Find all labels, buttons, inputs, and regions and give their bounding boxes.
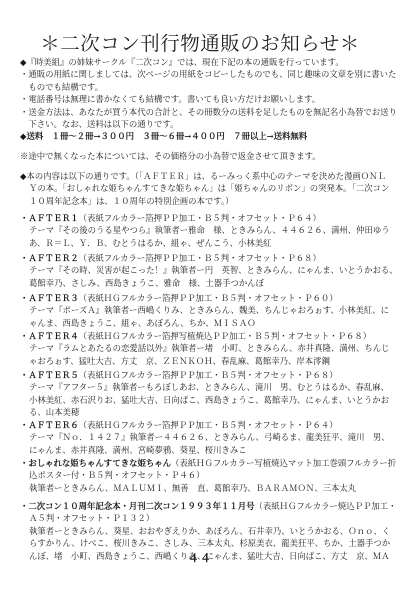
item-spec: （表紙ＨＧフルカラー箔押ＰＰ加工・Ｂ５判・オフセット・Ｐ６０） <box>79 293 338 303</box>
item-desc: 執筆者ーときみらん、ＭＡＬＵＭＩ、無善 直、葛館幸乃、ＢＡＲＡＭＯＮ、三本太丸 <box>20 482 365 494</box>
item-spec: （表紙ＨＧフルカラー焼込ＰＰ加工・ <box>255 501 397 511</box>
intro-line: ものでも結構です。 <box>20 81 365 93</box>
item-title: ・二次コン１０周年記念本・月刊二次コン１９９３年１１月号 <box>20 501 255 511</box>
contents-intro-line: １０周年記念本」は、１０周年の特別企画の本です。） <box>20 195 365 207</box>
item-desc: テーマ『ラムとあたるの恋愛話以外』執筆者ー堵 小町、ときみらん、赤井真隆、満州、… <box>20 342 365 354</box>
intro-line: ◆『時美組』の姉妹サークル『二次コン』では、現在下記の本の通販を行っています。 <box>20 56 365 68</box>
item-desc: 葛館幸乃、さしみ、西島きょうこ、雅命 様、土器手つかんぼ <box>20 277 365 289</box>
intro-line: ・送金方法は、あなたが買う本代の合計と、その冊数分の送料を足したものを無記名小為… <box>20 106 365 118</box>
item-desc: テーマ『アフター５』執筆者ーもろぼしあお、ときみらん、滝川 男、むとうはるか、春… <box>20 381 365 393</box>
item-desc: テーマ『その後のうる星やつら』執筆者ー雅命 様、ときみらん、４４６２６、満州、仲… <box>20 224 365 236</box>
item-title: ・ＡＦＴＥＲ１ <box>20 213 79 223</box>
item-spec: （表紙フルカラー箔押ＰＰ加工・Ｂ５判・オフセット・Ｐ６８） <box>79 253 321 263</box>
item-spec: （表紙ＨＧフルカラー箔押ＰＰ加工・Ｂ５判・オフセット・Ｐ６４） <box>79 420 338 430</box>
item-desc: にゃんま、赤井真隆、満州、宮崎夢鴉、葵星、桜川きみこ <box>20 444 365 456</box>
item-desc: ゃんま、西島きょうこ、組ゃ、あぼろん、ちか、ＭＩＳＡＯ <box>20 317 365 329</box>
item-title: ・おしゃれな姫ちゃんすてきな姫ちゃん <box>20 458 171 468</box>
item-title: ・ＡＦＴＥＲ２ <box>20 253 79 263</box>
catalog-item: ・ＡＦＴＥＲ５（表紙ＨＧフルカラー箔押ＰＰ加工・Ｂ５判・オフセット・Ｐ６８） テ… <box>20 369 365 419</box>
item-desc: 小林美紅、赤石沢りお、猛吐大吉、日向ぱこ、西島きょうこ、葛館幸乃、にゃんま、いと… <box>20 394 365 406</box>
contents-intro: ◆本の内容は以下の通りです。（「ＡＦＴＥＲ」は、るーみっく系中心のテーマを決めた… <box>20 170 365 207</box>
item-spec: （表紙フルカラー箔押ＰＰ加工・Ｂ５判・オフセット・Ｐ６４） <box>79 213 321 223</box>
shipping-fees: ◆送料 １冊～２冊→３００円 ３冊～６冊→４００円 ７冊以上→送料無料 <box>20 130 365 142</box>
refund-note: ※途中で無くなった本については、その価格分の小為替で返金させて頂きます。 <box>20 150 365 162</box>
item-title: ・ＡＦＴＥＲ５ <box>20 370 79 380</box>
catalog-item: ・ＡＦＴＥＲ１（表紙フルカラー箔押ＰＰ加工・Ｂ５判・オフセット・Ｐ６４） テーマ… <box>20 212 365 249</box>
item-title: ・ＡＦＴＥＲ４ <box>20 331 79 341</box>
item-desc: テーマ『ポーズＡ』執筆者ー西嶋くりみ、ときみらん、魏美、ちんじゃおろぉす、小林美… <box>20 304 365 316</box>
intro-line: ・通販の用紙に関しましては、次ページの用紙をコピーしたものでも、同じ趣味の文章を… <box>20 68 365 80</box>
intro-section: ◆『時美組』の姉妹サークル『二次コン』では、現在下記の本の通販を行っています。 … <box>20 56 365 130</box>
catalog-item: ・ＡＦＴＥＲ２（表紙フルカラー箔押ＰＰ加工・Ｂ５判・オフセット・Ｐ６８） テーマ… <box>20 252 365 289</box>
item-desc: ゃおろぉす、猛吐大吉、方丈 京、ＺＥＮＫＯＨ、春乱麻、葛館幸乃、岸本澪鋼 <box>20 355 365 367</box>
item-title: ・ＡＦＴＥＲ３ <box>20 293 79 303</box>
page-number: ４４ <box>0 550 400 566</box>
item-desc: あ、Ｒ＝Ｌ、Ｙ．Ｂ、むとうはるか、組ゃ、ぜんこう、小林美紅 <box>20 237 365 249</box>
contents-intro-line: Ｙの本。「おしゃれな姫ちゃんすてきな姫ちゃん」は「姫ちゃんのリボン」の突発本。「… <box>20 182 365 194</box>
item-desc: らすかりん、けべこ、桜川きみこ、さしみ、三本太丸、杉原美衣、龍美狂平、ちか、土器… <box>20 537 365 549</box>
item-spec: （表紙ＨＧフルカラー箔押写植焼込ＰＰ加工・Ｂ５判・オフセット・Ｐ６８） <box>79 331 371 341</box>
intro-line: ・電話番号は無理に書かなくても結構です。書いても良い方だけお願いします。 <box>20 93 365 105</box>
item-spec-cont: 込ポスター付・Ｂ５判・オフセット・Ｐ４６） <box>20 469 365 481</box>
item-title: ・ＡＦＴＥＲ６ <box>20 420 79 430</box>
catalog-item: ・ＡＦＴＥＲ４（表紙ＨＧフルカラー箔押写植焼込ＰＰ加工・Ｂ５判・オフセット・Ｐ６… <box>20 330 365 367</box>
catalog-item: ・ＡＦＴＥＲ３（表紙ＨＧフルカラー箔押ＰＰ加工・Ｂ５判・オフセット・Ｐ６０） テ… <box>20 292 365 329</box>
catalog-item: ・おしゃれな姫ちゃんすてきな姫ちゃん（表紙ＨＧフルカラー写植焼込マット加工巻頭フ… <box>20 457 365 494</box>
item-spec: （表紙ＨＧフルカラー写植焼込マット加工巻頭フルカラー折 <box>171 458 396 468</box>
item-desc: る、山本美穂 <box>20 406 365 418</box>
item-desc: テーマ『その時、災害が起こった！』執筆者ー円 英智、ときみらん、にゃんま、いとう… <box>20 264 365 276</box>
intro-line: 下さい。なお、送料は以下の通りです。 <box>20 118 365 130</box>
item-desc: 執筆者ーときみらん、葵星、おおやぎえりか、あぼろん、石井幸乃、いとうかおる、Ｏｎ… <box>20 525 365 537</box>
item-desc: テーマ『Ｎｏ．１４２７』執筆者ー４４６２６、ときみらん、弓崎るま、龍美狂平、滝川… <box>20 431 365 443</box>
catalog-item: ・ＡＦＴＥＲ６（表紙ＨＧフルカラー箔押ＰＰ加工・Ｂ５判・オフセット・Ｐ６４） テ… <box>20 419 365 456</box>
page-title: ＊二次コン刊行物通販のお知らせ＊ <box>0 28 400 56</box>
item-spec: （表紙ＨＧフルカラー箔押ＰＰ加工・Ｂ５判・オフセット・Ｐ６８） <box>79 370 338 380</box>
contents-intro-line: ◆本の内容は以下の通りです。（「ＡＦＴＥＲ」は、るーみっく系中心のテーマを決めた… <box>20 170 365 182</box>
item-spec-cont: Ａ５判・オフセット・Ｐ１３２） <box>20 512 365 524</box>
